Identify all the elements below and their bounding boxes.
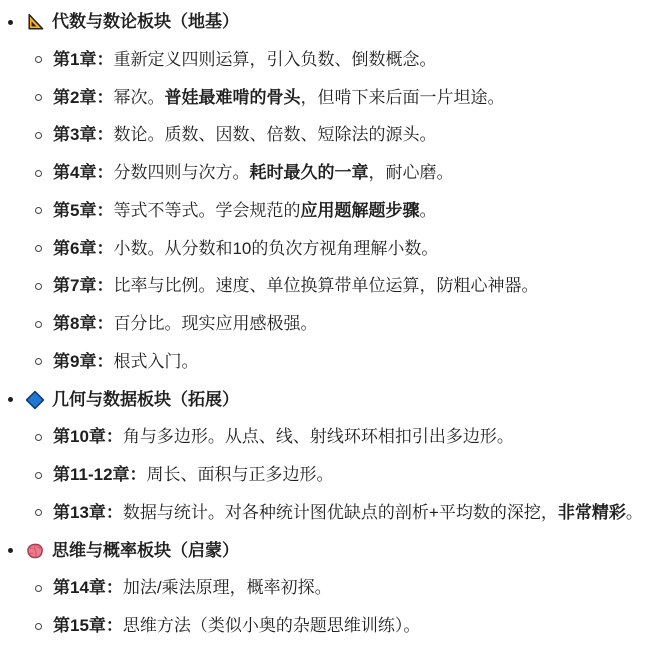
chapter-colon: ：: [96, 125, 113, 144]
brain-icon: [25, 541, 45, 561]
chapter-colon: ：: [96, 88, 113, 107]
chapter-label: 第8章: [53, 314, 96, 333]
circle-bullet-icon: [35, 623, 42, 630]
chapter-label: 第6章: [53, 239, 96, 258]
bullet-icon: [8, 548, 13, 553]
triangular-ruler-icon: [25, 12, 45, 32]
body-text: 周长、面积与正多边形。: [147, 465, 334, 484]
chapter-item: 第15章：思维方法（类似小奥的杂题思维训练）。: [0, 613, 657, 639]
circle-bullet-icon: [35, 585, 42, 592]
chapter-colon: ：: [96, 276, 113, 295]
chapter-label: 第11-12章: [53, 465, 130, 484]
document: 代数与数论板块（地基） 第1章：重新定义四则运算，引入负数、倒数概念。 第2章：…: [0, 0, 657, 639]
chapter-description: 幂次。普娃最难啃的骨头，但啃下来后面一片坦途。: [113, 88, 504, 107]
body-text: 百分比。现实应用感极强。: [113, 314, 317, 333]
chapter-label: 第10章: [53, 427, 106, 446]
circle-bullet-icon: [35, 170, 42, 177]
chapter-item: 第6章：小数。从分数和10的负次方视角理解小数。: [0, 236, 657, 262]
chapter-item: 第14章：加法/乘法原理，概率初探。: [0, 575, 657, 601]
blue-diamond-icon: [25, 390, 45, 410]
circle-bullet-icon: [35, 207, 42, 214]
chapter-colon: ：: [96, 352, 113, 371]
chapter-item: 第4章：分数四则与次方。耗时最久的一章，耐心磨。: [0, 160, 657, 186]
chapter-description: 思维方法（类似小奥的杂题思维训练）。: [123, 616, 421, 635]
section-header: 代数与数论板块（地基）: [0, 9, 657, 35]
chapter-item: 第5章：等式不等式。学会规范的应用题解题步骤。: [0, 198, 657, 224]
chapter-colon: ：: [96, 163, 113, 182]
chapter-item: 第3章：数论。质数、因数、倍数、短除法的源头。: [0, 122, 657, 148]
chapter-item: 第7章：比率与比例。速度、单位换算带单位运算，防粗心神器。: [0, 273, 657, 299]
circle-bullet-icon: [35, 56, 42, 63]
emphasis-text: 耗时最久的一章: [249, 163, 368, 182]
body-text: ，耐心磨。: [368, 163, 453, 182]
chapter-item: 第10章：角与多边形。从点、线、射线环环相扣引出多边形。: [0, 424, 657, 450]
chapter-label: 第7章: [53, 276, 96, 295]
emphasis-text: 非常精彩: [558, 503, 626, 522]
chapter-description: 周长、面积与正多边形。: [147, 465, 334, 484]
body-text: 思维方法（类似小奥的杂题思维训练）。: [123, 616, 421, 635]
chapter-label: 第9章: [53, 352, 96, 371]
body-text: 小数。从分数和10的负次方视角理解小数。: [113, 239, 438, 258]
chapter-label: 第15章: [53, 616, 106, 635]
circle-bullet-icon: [35, 283, 42, 290]
chapter-list: 第10章：角与多边形。从点、线、射线环环相扣引出多边形。 第11-12章：周长、…: [0, 424, 657, 526]
chapter-item: 第13章：数据与统计。对各种统计图优缺点的剖析+平均数的深挖，非常精彩。: [0, 500, 657, 526]
chapter-label: 第2章: [53, 88, 96, 107]
chapter-item: 第11-12章：周长、面积与正多边形。: [0, 462, 657, 488]
chapter-colon: ：: [106, 427, 123, 446]
chapter-colon: ：: [96, 314, 113, 333]
chapter-description: 数据与统计。对各种统计图优缺点的剖析+平均数的深挖，非常精彩。: [123, 503, 643, 522]
circle-bullet-icon: [35, 509, 42, 516]
chapter-colon: ：: [106, 578, 123, 597]
chapter-list: 第1章：重新定义四则运算，引入负数、倒数概念。 第2章：幂次。普娃最难啃的骨头，…: [0, 47, 657, 375]
body-text: 。: [419, 201, 436, 220]
chapter-label: 第13章: [53, 503, 106, 522]
body-text: 加法/乘法原理，概率初探。: [123, 578, 332, 597]
circle-bullet-icon: [35, 472, 42, 479]
chapter-label: 第5章: [53, 201, 96, 220]
chapter-item: 第1章：重新定义四则运算，引入负数、倒数概念。: [0, 47, 657, 73]
section: 几何与数据板块（拓展） 第10章：角与多边形。从点、线、射线环环相扣引出多边形。…: [0, 387, 657, 526]
chapter-description: 根式入门。: [113, 352, 198, 371]
body-text: 数论。质数、因数、倍数、短除法的源头。: [113, 125, 436, 144]
chapter-description: 百分比。现实应用感极强。: [113, 314, 317, 333]
section-header: 几何与数据板块（拓展）: [0, 387, 657, 413]
section-header: 思维与概率板块（启蒙）: [0, 538, 657, 564]
body-text: 根式入门。: [113, 352, 198, 371]
circle-bullet-icon: [35, 358, 42, 365]
chapter-label: 第14章: [53, 578, 106, 597]
chapter-description: 分数四则与次方。耗时最久的一章，耐心磨。: [113, 163, 453, 182]
body-text: 角与多边形。从点、线、射线环环相扣引出多边形。: [123, 427, 514, 446]
section: 思维与概率板块（启蒙） 第14章：加法/乘法原理，概率初探。 第15章：思维方法…: [0, 538, 657, 640]
chapter-colon: ：: [96, 201, 113, 220]
chapter-colon: ：: [96, 239, 113, 258]
chapter-colon: ：: [106, 616, 123, 635]
body-text: 重新定义四则运算，引入负数、倒数概念。: [113, 50, 436, 69]
circle-bullet-icon: [35, 245, 42, 252]
circle-bullet-icon: [35, 132, 42, 139]
section: 代数与数论板块（地基） 第1章：重新定义四则运算，引入负数、倒数概念。 第2章：…: [0, 9, 657, 375]
outline-list: 代数与数论板块（地基） 第1章：重新定义四则运算，引入负数、倒数概念。 第2章：…: [0, 9, 657, 639]
body-text: 比率与比例。速度、单位换算带单位运算，防粗心神器。: [113, 276, 538, 295]
body-text: 。: [626, 503, 643, 522]
body-text: 分数四则与次方。: [113, 163, 249, 182]
section-title: 代数与数论板块（地基）: [52, 12, 239, 31]
chapter-label: 第4章: [53, 163, 96, 182]
circle-bullet-icon: [35, 434, 42, 441]
chapter-colon: ：: [96, 50, 113, 69]
body-text: 幂次。: [113, 88, 164, 107]
chapter-description: 等式不等式。学会规范的应用题解题步骤。: [113, 201, 436, 220]
chapter-label: 第3章: [53, 125, 96, 144]
chapter-colon: ：: [130, 465, 147, 484]
chapter-item: 第8章：百分比。现实应用感极强。: [0, 311, 657, 337]
chapter-description: 重新定义四则运算，引入负数、倒数概念。: [113, 50, 436, 69]
chapter-description: 角与多边形。从点、线、射线环环相扣引出多边形。: [123, 427, 514, 446]
chapter-description: 数论。质数、因数、倍数、短除法的源头。: [113, 125, 436, 144]
chapter-list: 第14章：加法/乘法原理，概率初探。 第15章：思维方法（类似小奥的杂题思维训练…: [0, 575, 657, 639]
chapter-label: 第1章: [53, 50, 96, 69]
circle-bullet-icon: [35, 94, 42, 101]
section-title: 思维与概率板块（启蒙）: [52, 541, 239, 560]
bullet-icon: [8, 20, 13, 25]
section-title: 几何与数据板块（拓展）: [52, 390, 239, 409]
chapter-description: 比率与比例。速度、单位换算带单位运算，防粗心神器。: [113, 276, 538, 295]
chapter-description: 加法/乘法原理，概率初探。: [123, 578, 332, 597]
body-text: 数据与统计。对各种统计图优缺点的剖析+平均数的深挖，: [123, 503, 558, 522]
chapter-colon: ：: [106, 503, 123, 522]
emphasis-text: 应用题解题步骤: [300, 201, 419, 220]
bullet-icon: [8, 397, 13, 402]
emphasis-text: 普娃最难啃的骨头: [164, 88, 300, 107]
body-text: ，但啃下来后面一片坦途。: [300, 88, 504, 107]
chapter-description: 小数。从分数和10的负次方视角理解小数。: [113, 239, 438, 258]
circle-bullet-icon: [35, 321, 42, 328]
body-text: 等式不等式。学会规范的: [113, 201, 300, 220]
chapter-item: 第2章：幂次。普娃最难啃的骨头，但啃下来后面一片坦途。: [0, 85, 657, 111]
chapter-item: 第9章：根式入门。: [0, 349, 657, 375]
